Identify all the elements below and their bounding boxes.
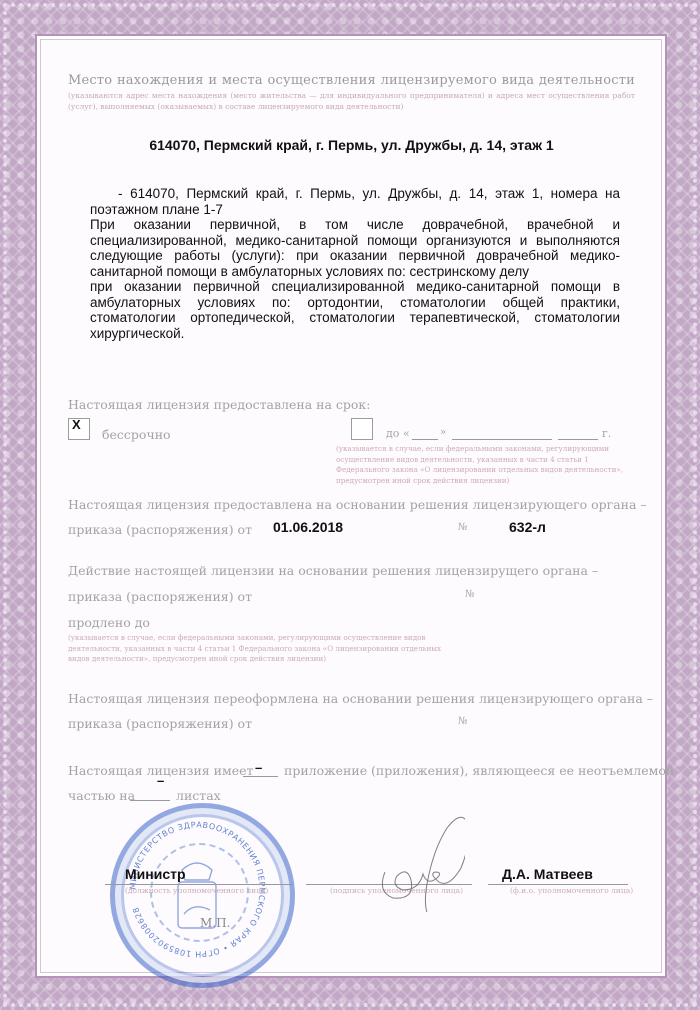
extension-label: Действие настоящей лицензии на основании… xyxy=(68,563,598,578)
until-year-line xyxy=(558,439,598,440)
grant-label: Настоящая лицензия предоставлена на осно… xyxy=(68,497,647,512)
checkbox-mark: X xyxy=(72,417,81,432)
signer-name: Д.А. Матвеев xyxy=(502,866,593,882)
reissue-number-label: № xyxy=(458,716,467,727)
grant-number-label: № xyxy=(458,522,467,533)
appendix-count: – xyxy=(255,760,262,775)
activity-description: - 614070, Пермский край, г. Пермь, ул. Д… xyxy=(90,186,620,341)
name-note: (ф.и.о. уполномоченного лица) xyxy=(510,886,633,897)
indefinite-label: бессрочно xyxy=(102,427,171,442)
appendix-pages-line xyxy=(130,800,170,801)
signer-position: Министр xyxy=(125,866,186,882)
extension-order-label: приказа (распоряжения) от xyxy=(68,589,252,604)
appendix-suffix: приложение (приложения), являющееся ее н… xyxy=(284,763,674,778)
term-label: Настоящая лицензия предоставлена на срок… xyxy=(68,397,370,412)
address-detail: - 614070, Пермский край, г. Пермь, ул. Д… xyxy=(90,186,620,217)
grant-number: 632-л xyxy=(509,519,546,535)
section-heading-note: (указываются адрес места нахождения (мес… xyxy=(68,90,635,112)
appendix-pages-suffix: листах xyxy=(176,788,221,803)
services-primary: При оказании первичной, в том числе довр… xyxy=(90,217,620,279)
section-heading: Место нахождения и места осуществления л… xyxy=(68,73,635,88)
position-note: (должность уполномоченного лица) xyxy=(125,886,268,897)
extension-number-label: № xyxy=(465,589,474,600)
appendix-count-line xyxy=(243,776,278,777)
term-note: (указывается в случае, если федеральными… xyxy=(336,444,636,486)
stamp-place-label: М.П. xyxy=(200,916,230,930)
until-quote-close: » xyxy=(440,427,446,438)
until-suffix: г. xyxy=(602,427,611,440)
main-address: 614070, Пермский край, г. Пермь, ул. Дру… xyxy=(68,137,635,153)
until-checkbox[interactable] xyxy=(351,418,373,440)
handwritten-signature xyxy=(355,812,465,912)
reissue-order-label: приказа (распоряжения) от xyxy=(68,716,252,731)
grant-date: 01.06.2018 xyxy=(273,519,343,535)
appendix-pages: – xyxy=(157,773,164,788)
extension-note: (указывается в случае, если федеральными… xyxy=(68,633,448,665)
position-line xyxy=(105,884,293,885)
services-specialized: при оказании первичной специализированно… xyxy=(90,279,620,341)
appendix-pages-prefix: частью на xyxy=(68,788,135,803)
until-month-line xyxy=(452,439,552,440)
until-prefix: до « xyxy=(386,427,410,440)
extended-until-label: продлено до xyxy=(68,615,150,630)
reissue-label: Настоящая лицензия переоформлена на осно… xyxy=(68,691,653,706)
until-day-line xyxy=(412,439,438,440)
grant-order-label: приказа (распоряжения) от xyxy=(68,522,252,537)
indefinite-checkbox[interactable]: X xyxy=(68,418,90,440)
name-line xyxy=(488,884,628,885)
